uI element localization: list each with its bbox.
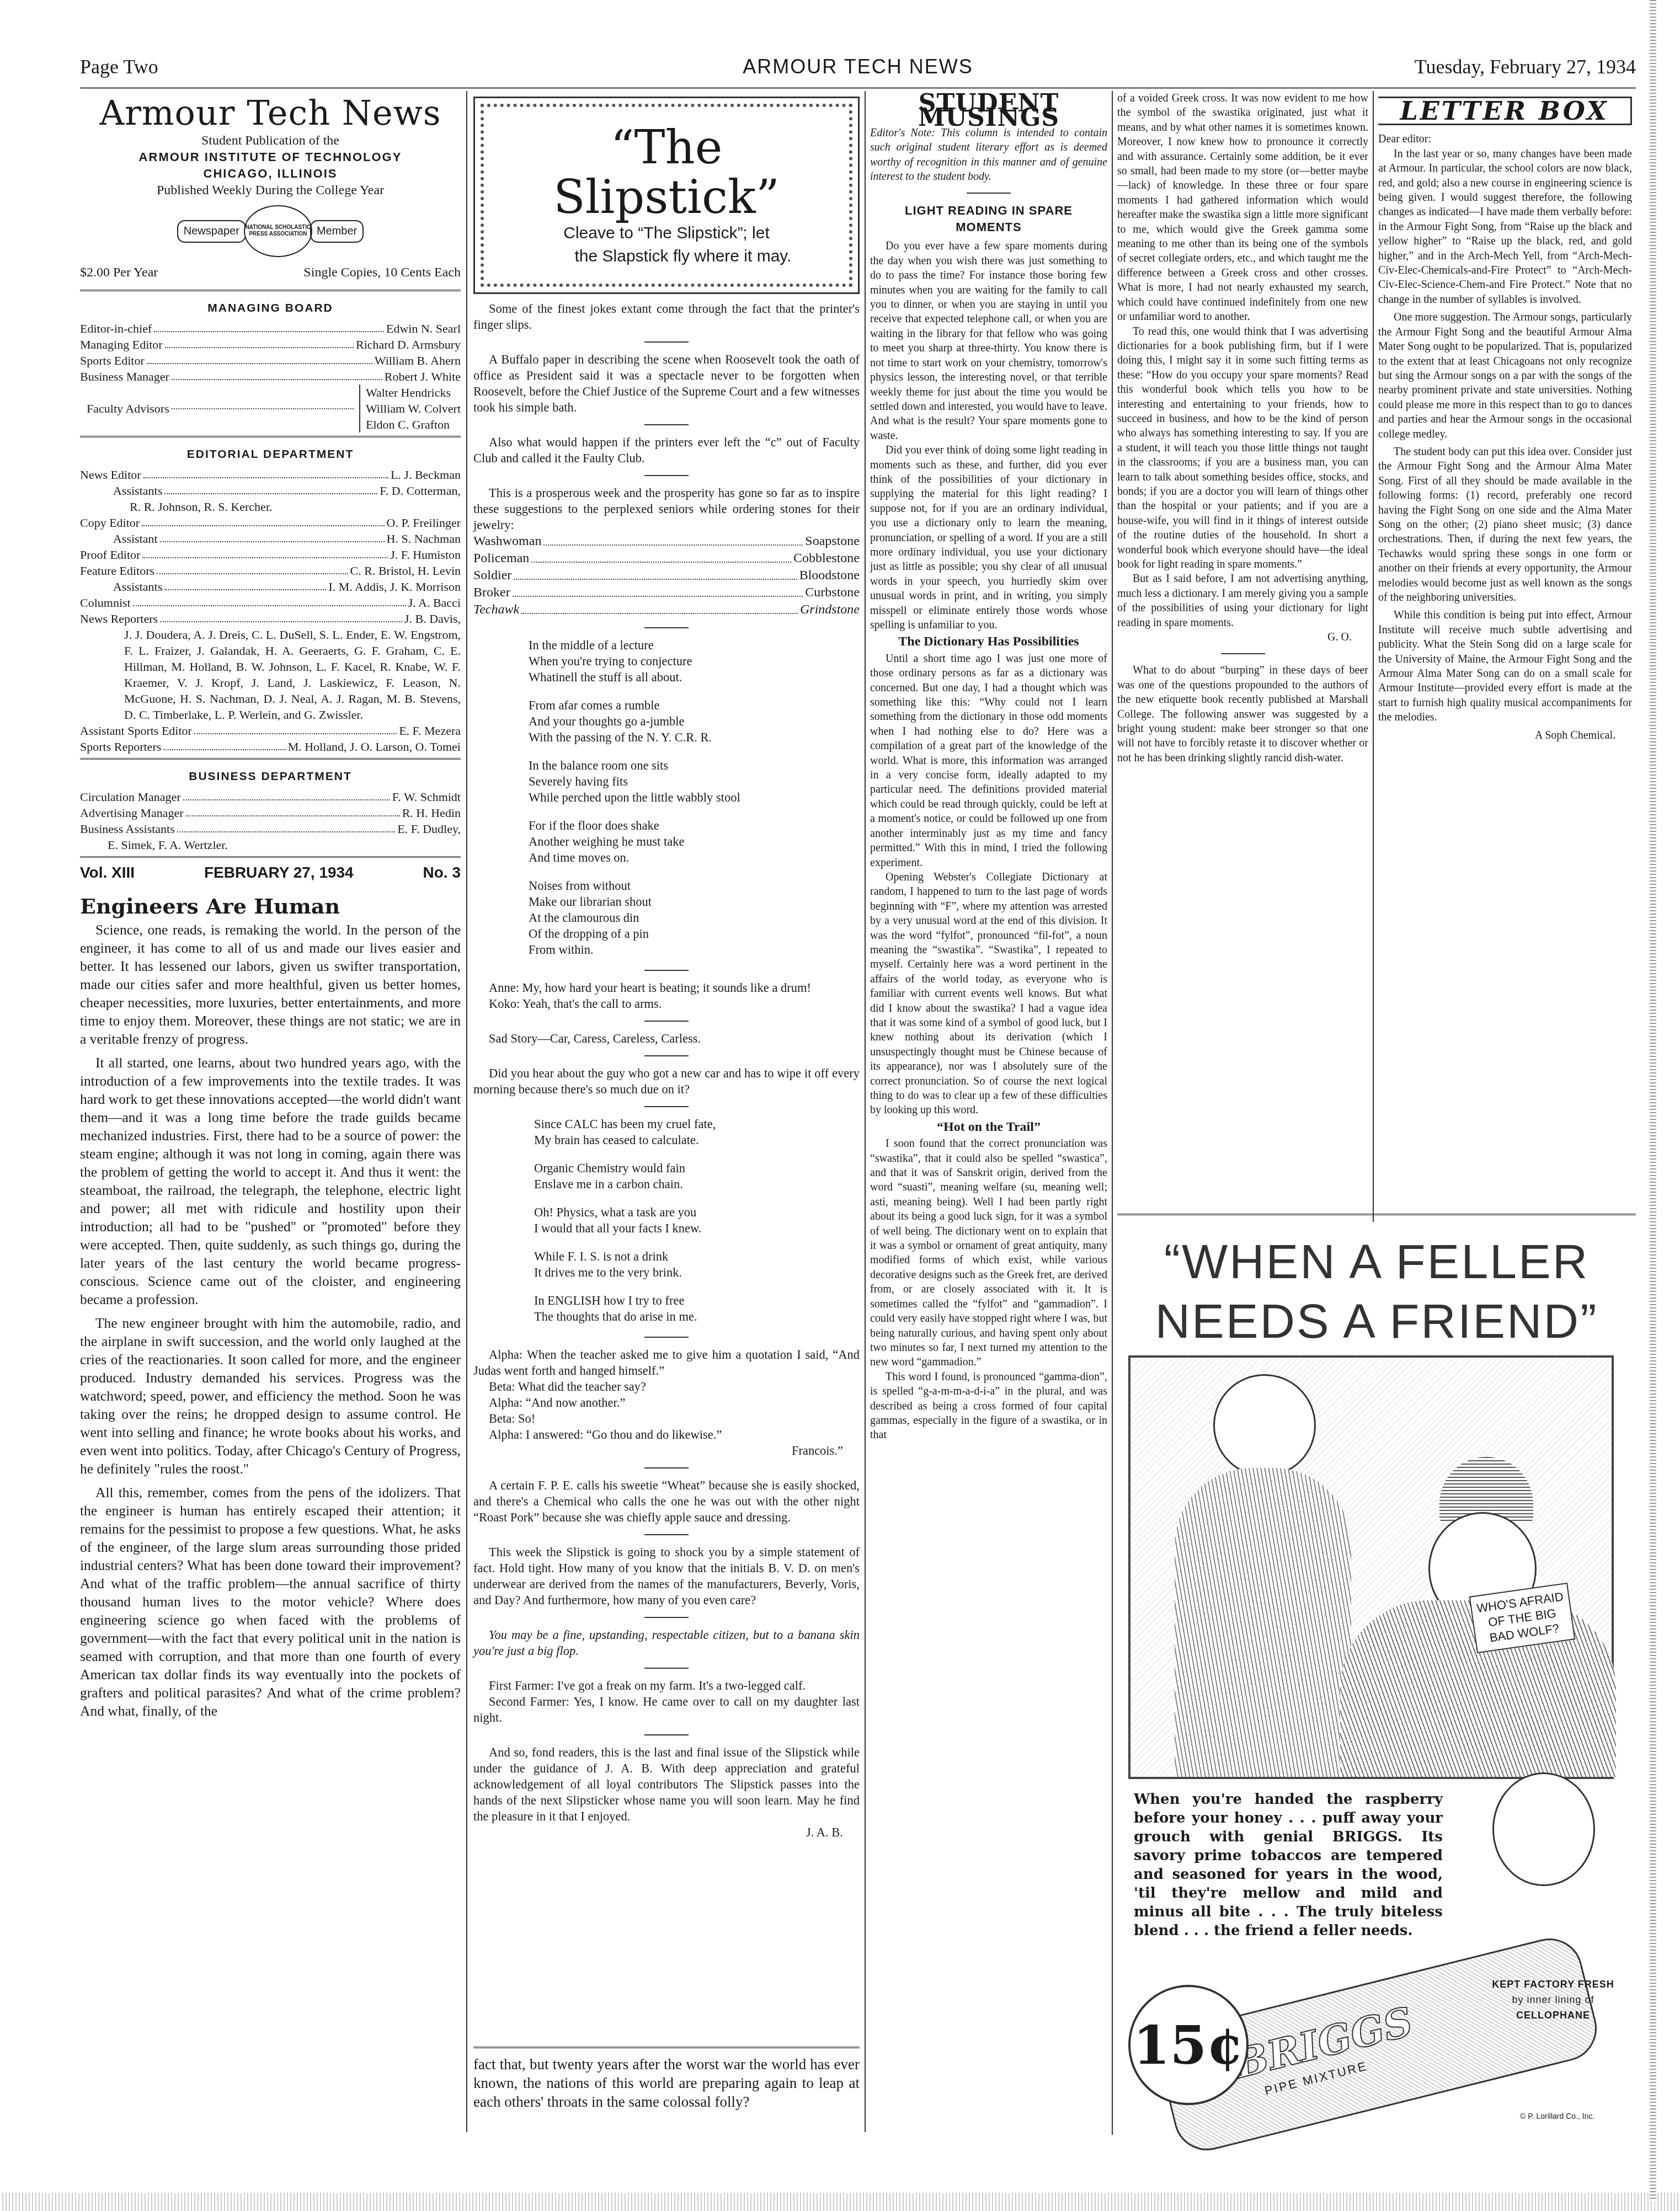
editorial-paragraph: The new engineer brought with him the au… — [80, 1314, 461, 1478]
separator — [644, 424, 689, 425]
editorial-department-heading: EDITORIAL DEPARTMENT — [80, 445, 461, 463]
letter-salutation: Dear editor: — [1378, 132, 1632, 146]
managing-board-heading: MANAGING BOARD — [80, 299, 461, 317]
nameplate-title: Armour Tech News — [80, 94, 461, 132]
column-divider — [1373, 91, 1374, 1222]
slipstick-item: A Buffalo paper in describing the scene … — [473, 351, 860, 415]
sad-story: Sad Story—Car, Caress, Careless, Carless… — [473, 1030, 860, 1046]
poem-lecture: In the middle of a lectureWhen you're tr… — [473, 637, 860, 958]
slipstick-item: This is a prosperous week and the prospe… — [473, 485, 860, 533]
masthead-column: Armour Tech News Student Publication of … — [80, 94, 461, 1720]
ad-copyright: © P. Lorillard Co., Inc. — [1520, 2112, 1594, 2121]
separator — [644, 1106, 689, 1107]
briggs-advertisement: “WHEN A FELLER NEEDS A FRIEND” WHO'S AFR… — [1117, 1214, 1636, 2142]
column-divider — [865, 91, 866, 2132]
running-paper-name: ARMOUR TECH NEWS — [80, 55, 1636, 78]
press-association-badge: Newspaper NATIONAL SCHOLASTIC PRESS ASSO… — [80, 205, 461, 257]
joke-koko: Koko: Yeah, that's the call to arms. — [473, 996, 860, 1012]
slipstick-column: “The Slipstick” Cleave to “The Slipstick… — [473, 97, 860, 1840]
editorial-title: Engineers Are Human — [80, 897, 461, 915]
section-rule — [80, 290, 461, 291]
slipstick-banner: “The Slipstick” Cleave to “The Slipstick… — [473, 97, 860, 294]
faculty-advisors: Faculty Advisors Walter Hendricks Willia… — [80, 384, 461, 432]
slipstick-title: “The Slipstick” — [495, 122, 838, 222]
nameplate-institute: ARMOUR INSTITUTE OF TECHNOLOGY — [80, 149, 461, 165]
advisor-names: Walter Hendricks William W. Colvert Eldo… — [359, 384, 461, 432]
separator — [644, 1668, 689, 1669]
separator — [967, 193, 1011, 194]
subscription-prices: $2.00 Per Year Single Copies, 10 Cents E… — [80, 264, 461, 282]
price-per-year: $2.00 Per Year — [80, 264, 158, 282]
price-single-copy: Single Copies, 10 Cents Each — [303, 264, 461, 282]
staff-row: Sports EditorWilliam B. Ahern — [80, 353, 461, 368]
dialogue-line: Alpha: “And now another.” — [473, 1395, 860, 1411]
joke-banana: You may be a fine, upstanding, respectab… — [473, 1627, 860, 1659]
joke-farmer: Second Farmer: Yes, I know. He came over… — [473, 1694, 860, 1726]
running-head: Page Two ARMOUR TECH NEWS Tuesday, Febru… — [80, 55, 1636, 83]
separator — [644, 627, 689, 628]
badge-newspaper: Newspaper — [177, 220, 246, 243]
slipstick-motto: the Slapstick fly where it may. — [495, 245, 838, 268]
joke-wheat: A certain F. P. E. calls his sweetie “Wh… — [473, 1477, 860, 1525]
column-divider — [466, 91, 467, 2132]
separator — [644, 475, 689, 476]
subheading: The Dictionary Has Possibilities — [870, 634, 1107, 649]
editors-note: Editor's Note: This column is intended t… — [870, 126, 1107, 184]
section-rule — [80, 758, 461, 760]
letter-box-column: LETTER BOX Dear editor: In the last year… — [1378, 97, 1632, 743]
scan-edge — [0, 2193, 1680, 2211]
musings-title: STUDENT MUSINGS — [870, 97, 1107, 126]
fur-coat-figure — [1175, 1468, 1351, 1777]
badge-member: Member — [310, 220, 364, 243]
joke-farmer: First Farmer: I've got a freak on my far… — [473, 1678, 860, 1694]
staff-row: Managing EditorRichard D. Armsbury — [80, 337, 461, 353]
staff-row: Editor-in-chiefEdwin N. Searl — [80, 321, 461, 337]
volume-number: Vol. XIII — [80, 863, 135, 882]
separator — [644, 1734, 689, 1735]
ad-headline: NEEDS A FRIEND” — [1117, 1291, 1636, 1351]
dialogue-line: Alpha: When the teacher asked me to give… — [473, 1347, 860, 1379]
volume-date: FEBRUARY 27, 1934 — [204, 863, 354, 882]
separator — [644, 1021, 689, 1022]
press-seal-icon: NATIONAL SCHOLASTIC PRESS ASSOCIATION — [244, 205, 312, 257]
stones-list: WashwomanSoapstone PolicemanCobblestone … — [473, 533, 860, 618]
editorial-paragraph: All this, remember, comes from the pens … — [80, 1483, 461, 1720]
price-badge: 15¢ — [1128, 1985, 1249, 2105]
column-divider — [1112, 1203, 1113, 2135]
separator — [644, 341, 689, 343]
musings-signature: G. O. — [1117, 630, 1368, 644]
student-musings-column: STUDENT MUSINGS Editor's Note: This colu… — [870, 97, 1107, 1443]
freshness-note: KEPT FACTORY FRESH by inner lining of CE… — [1470, 1977, 1636, 2023]
slipstick-item: Also what would happen if the printers e… — [473, 434, 860, 466]
burping-item: What to do about “burping” in these days… — [1117, 663, 1368, 765]
joke-new-car: Did you hear about the guy who got a new… — [473, 1065, 860, 1097]
separator — [644, 970, 689, 971]
separator — [644, 1617, 689, 1618]
ad-illustration: WHO'S AFRAID OF THE BIG BAD WOLF? — [1128, 1355, 1614, 1779]
slipstick-item: Some of the finest jokes extant come thr… — [473, 301, 860, 333]
dialogue-line: Alpha: I answered: “Go thou and do likew… — [473, 1427, 860, 1443]
nameplate-line: Student Publication of the — [80, 132, 461, 149]
separator — [644, 1467, 689, 1468]
separator — [644, 1534, 689, 1535]
dialogue-line: Beta: So! — [473, 1411, 860, 1427]
poem-subjects: Since CALC has been my cruel fate,My bra… — [473, 1116, 860, 1325]
section-rule — [80, 436, 461, 437]
slipstick-farewell: And so, fond readers, this is the last a… — [473, 1744, 860, 1824]
slipstick-signature: J. A. B. — [473, 1824, 860, 1840]
separator — [644, 1055, 689, 1056]
dialogue-line: Beta: What did the teacher say? — [473, 1379, 860, 1395]
business-department-heading: BUSINESS DEPARTMENT — [80, 767, 461, 786]
section-rule — [80, 856, 461, 858]
letter-box-title: LETTER BOX — [1378, 97, 1632, 125]
woman-figure-icon — [1213, 1374, 1316, 1477]
musings-continued-column: of a voided Greek cross. It was now evid… — [1117, 91, 1368, 765]
ad-copy: When you're handed the raspberry before … — [1134, 1790, 1443, 1940]
subheading: “Hot on the Trail” — [870, 1120, 1107, 1134]
nameplate-frequency: Published Weekly During the College Year — [80, 182, 461, 199]
slipstick-motto: Cleave to “The Slipstick”; let — [495, 222, 838, 245]
header-rule — [80, 87, 1636, 89]
scan-edge — [1650, 0, 1656, 2201]
staff-row: Business ManagerRobert J. White — [80, 368, 461, 384]
pipe-smoker-icon — [1492, 1772, 1595, 1886]
editorial-paragraph: It all started, one learns, about two hu… — [80, 1054, 461, 1309]
letter-signature: A Soph Chemical. — [1378, 728, 1632, 743]
article-title: LIGHT READING IN SPARE MOMENTS — [870, 202, 1107, 236]
volume-line: Vol. XIII FEBRUARY 27, 1934 No. 3 — [80, 863, 461, 882]
separator — [644, 1337, 689, 1338]
editorial-paragraph: Science, one reads, is remaking the worl… — [80, 921, 461, 1048]
editorial-continuation: fact that, but twenty years after the wo… — [473, 2055, 860, 2111]
joke-bvd: This week the Slipstick is going to shoc… — [473, 1544, 860, 1608]
separator — [1221, 653, 1265, 654]
nameplate-city: CHICAGO, ILLINOIS — [80, 165, 461, 182]
ad-headline: “WHEN A FELLER — [1117, 1232, 1636, 1291]
section-rule — [473, 2047, 860, 2048]
issue-number: No. 3 — [423, 863, 461, 882]
dialogue-signature: Francois.” — [473, 1443, 860, 1459]
issue-date: Tuesday, February 27, 1934 — [1415, 55, 1636, 78]
joke-anne: Anne: My, how hard your heart is beating… — [473, 980, 860, 996]
column-divider — [1112, 91, 1113, 1222]
